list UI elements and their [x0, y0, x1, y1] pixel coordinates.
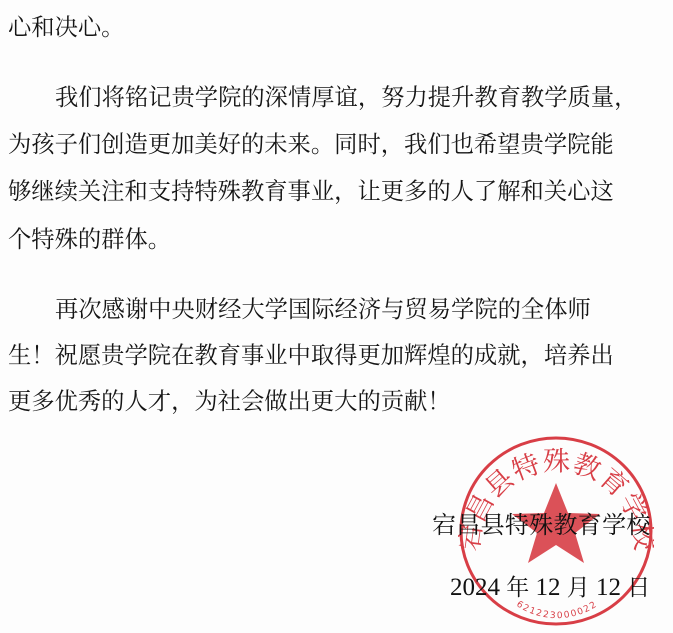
- text-line: 我们将铭记贵学院的深情厚谊，努力提升教育教学质量，: [55, 84, 637, 112]
- date-month-label: 月: [567, 575, 590, 601]
- text-line: 更多优秀的人才，为社会做出更大的贡献！: [8, 388, 451, 416]
- date-month: 12: [536, 574, 561, 601]
- date-day: 12: [596, 574, 621, 601]
- date-year-label: 年: [506, 575, 529, 601]
- text-line: 够继续关注和支持特殊教育事业，让更多的人了解和关心这: [8, 178, 614, 206]
- text-line: 生！祝愿贵学院在教育事业中取得更加辉煌的成就，培养出: [8, 342, 614, 370]
- text-line: 为孩子们创造更加美好的未来。同时，我们也希望贵学院能: [8, 131, 614, 159]
- text-line: 再次感谢中央财经大学国际经济与贸易学院的全体师: [55, 296, 591, 324]
- signature-date: 2024 年 12 月 12 日: [450, 573, 650, 603]
- text-line: 个特殊的群体。: [8, 226, 171, 254]
- text-line: 心和决心。: [8, 14, 124, 42]
- signature-organization: 宕昌县特殊教育学校: [432, 510, 651, 540]
- date-year: 2024: [450, 574, 500, 601]
- date-day-label: 日: [627, 575, 650, 601]
- letter-page: 心和决心。 我们将铭记贵学院的深情厚谊，努力提升教育教学质量， 为孩子们创造更加…: [0, 0, 673, 633]
